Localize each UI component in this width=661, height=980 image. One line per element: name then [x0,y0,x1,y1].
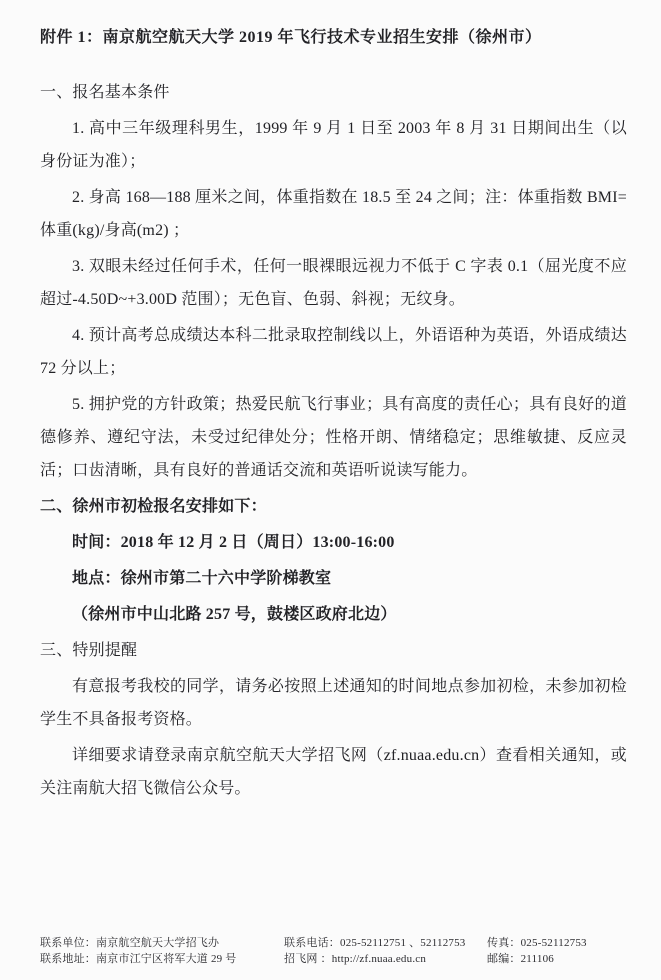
section-1-heading: 一、报名基本条件 [40,76,627,109]
section-2-heading: 二、徐州市初检报名安排如下： [40,490,627,523]
footer-contact-phone: 联系电话：025-52112751 、52112753 [284,936,487,952]
schedule-time-line: 时间：2018 年 12 月 2 日（周日）13:00-16:00 [72,526,627,559]
footer-contact-address: 联系地址：南京市江宁区将军大道 29 号 [40,952,284,968]
footer-fax: 传真：025-52112753 [487,936,645,952]
footer-column-unit: 联系单位：南京航空航天大学招飞办 联系地址：南京市江宁区将军大道 29 号 [40,936,284,967]
footer-column-phone: 联系电话：025-52112751 、52112753 招飞网 ：http://… [284,936,487,967]
footer-website: 招飞网 ：http://zf.nuaa.edu.cn [284,952,487,968]
notice-paragraph-2: 详细要求请登录南京航空航天大学招飞网（zf.nuaa.edu.cn）查看相关通知… [40,739,627,805]
footer-postcode: 邮编：211106 [487,952,645,968]
footer-contact-unit: 联系单位：南京航空航天大学招飞办 [40,936,284,952]
requirement-item-2: 2. 身高 168—188 厘米之间，体重指数在 18.5 至 24 之间；注：… [40,181,627,247]
requirement-item-3: 3. 双眼未经过任何手术，任何一眼裸眼远视力不低于 C 字表 0.1（屈光度不应… [40,250,627,316]
requirement-item-1: 1. 高中三年级理科男生，1999 年 9 月 1 日至 2003 年 8 月 … [40,112,627,178]
notice-paragraph-1: 有意报考我校的同学，请务必按照上述通知的时间地点参加初检，未参加初检学生不具备报… [40,670,627,736]
schedule-place-line: 地点：徐州市第二十六中学阶梯教室 [72,562,627,595]
footer: 联系单位：南京航空航天大学招飞办 联系地址：南京市江宁区将军大道 29 号 联系… [40,936,645,967]
requirement-item-4: 4. 预计高考总成绩达本科二批录取控制线以上，外语语种为英语，外语成绩达 72 … [40,319,627,385]
footer-column-fax: 传真：025-52112753 邮编：211106 [487,936,645,967]
requirement-item-5: 5. 拥护党的方针政策；热爱民航飞行事业；具有高度的责任心；具有良好的道德修养、… [40,388,627,487]
schedule-address-line: （徐州市中山北路 257 号，鼓楼区政府北边） [72,598,627,631]
section-3-heading: 三、特别提醒 [40,634,627,667]
document-content: 附件 1：南京航空航天大学 2019 年飞行技术专业招生安排（徐州市） 一、报名… [40,27,627,808]
document-title: 附件 1：南京航空航天大学 2019 年飞行技术专业招生安排（徐州市） [40,27,627,48]
document-page: 附件 1：南京航空航天大学 2019 年飞行技术专业招生安排（徐州市） 一、报名… [0,0,661,980]
